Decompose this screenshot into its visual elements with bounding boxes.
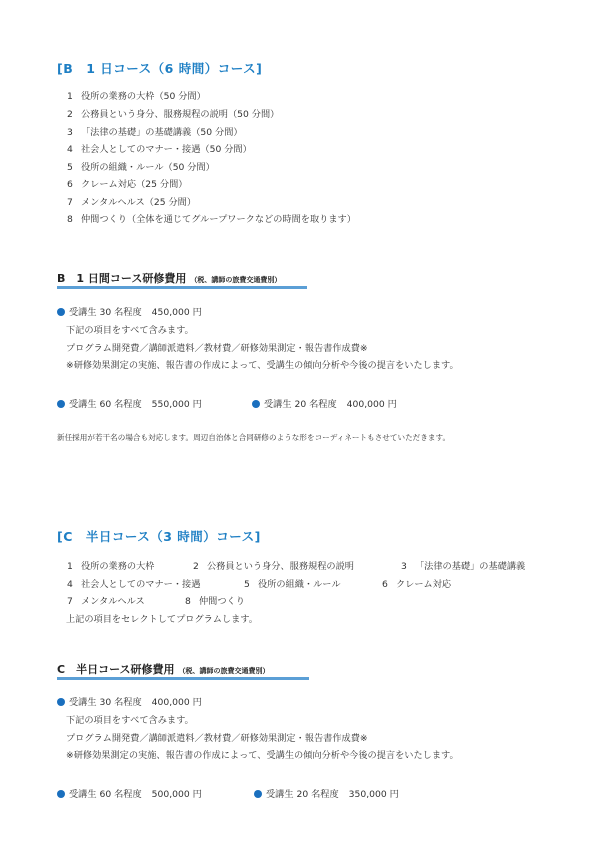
course-b-heading: [B 1 日コース（6 時間）コース] <box>57 59 262 77</box>
list-item: 5役所の組織・ルール（50 分間） <box>67 159 215 173</box>
fee-b-items: プログラム開発費／講師派遣料／教材費／研修効果測定・報告書作成費※ <box>66 340 368 354</box>
bullet-icon <box>57 400 65 408</box>
fee-c-underline <box>57 677 309 680</box>
bullet-icon <box>57 698 65 706</box>
fee-c-main-price: 受講生 30 名程度400,000 円 <box>57 694 202 708</box>
fee-c-title: C 半日コース研修費用（税、講師の旅費交通費別） <box>57 661 270 677</box>
list-item: 5役所の組織・ルール <box>244 576 341 590</box>
bullet-icon <box>57 790 65 798</box>
fee-b-note: （税、講師の旅費交通費別） <box>190 276 281 284</box>
bullet-icon <box>254 790 262 798</box>
bullet-icon <box>252 400 260 408</box>
fee-b-price-20: 受講生 20 名程度400,000 円 <box>252 396 397 410</box>
fee-c-items: プログラム開発費／講師派遣料／教材費／研修効果測定・報告書作成費※ <box>66 730 368 744</box>
fee-b-includes: 下記の項目をすべて含みます。 <box>66 322 194 336</box>
fee-c-note: （税、講師の旅費交通費別） <box>179 667 270 675</box>
course-c-note: 上記の項目をセレクトしてプログラムします。 <box>66 611 258 625</box>
fee-c-includes: 下記の項目をすべて含みます。 <box>66 712 194 726</box>
list-item: 2公務員という身分、服務規程の説明 <box>193 558 354 572</box>
list-item: 7メンタルヘルス <box>67 593 145 607</box>
list-item: 1役所の業務の大枠（50 分間） <box>67 88 206 102</box>
fee-b-remark: 新任採用が若干名の場合も対応します。周辺自治体と合同研修のような形をコーディネー… <box>57 432 450 443</box>
fee-b-title: B 1 日間コース研修費用（税、講師の旅費交通費別） <box>57 270 281 286</box>
list-item: 6クレーム対応（25 分間） <box>67 176 188 190</box>
list-item: 4社会人としてのマナー・接遇（50 分間） <box>67 141 252 155</box>
list-item: 7メンタルヘルス（25 分間） <box>67 194 196 208</box>
fee-b-main-price: 受講生 30 名程度450,000 円 <box>57 304 202 318</box>
fee-c-footnote: ※研修効果測定の実施、報告書の作成によって、受講生の傾向分析や今後の提言をいたし… <box>66 747 459 761</box>
fee-b-underline <box>57 286 307 289</box>
list-item: 2公務員という身分、服務規程の説明（50 分間） <box>67 106 279 120</box>
list-item: 3「法律の基礎」の基礎講義（50 分間） <box>67 124 243 138</box>
list-item: 4社会人としてのマナー・接遇 <box>67 576 200 590</box>
fee-b-footnote: ※研修効果測定の実施、報告書の作成によって、受講生の傾向分析や今後の提言をいたし… <box>66 357 459 371</box>
bullet-icon <box>57 308 65 316</box>
fee-c-price-20: 受講生 20 名程度350,000 円 <box>254 786 399 800</box>
list-item: 8仲間つくり <box>185 593 245 607</box>
fee-c-price-60: 受講生 60 名程度500,000 円 <box>57 786 202 800</box>
course-c-heading: [C 半日コース（3 時間）コース] <box>57 527 261 545</box>
list-item: 6クレーム対応 <box>382 576 451 590</box>
list-item: 8仲間つくり（全体を通じてグループワークなどの時間を取ります） <box>67 211 356 225</box>
fee-b-price-60: 受講生 60 名程度550,000 円 <box>57 396 202 410</box>
list-item: 3「法律の基礎」の基礎講義 <box>401 558 525 572</box>
list-item: 1役所の業務の大枠 <box>67 558 155 572</box>
